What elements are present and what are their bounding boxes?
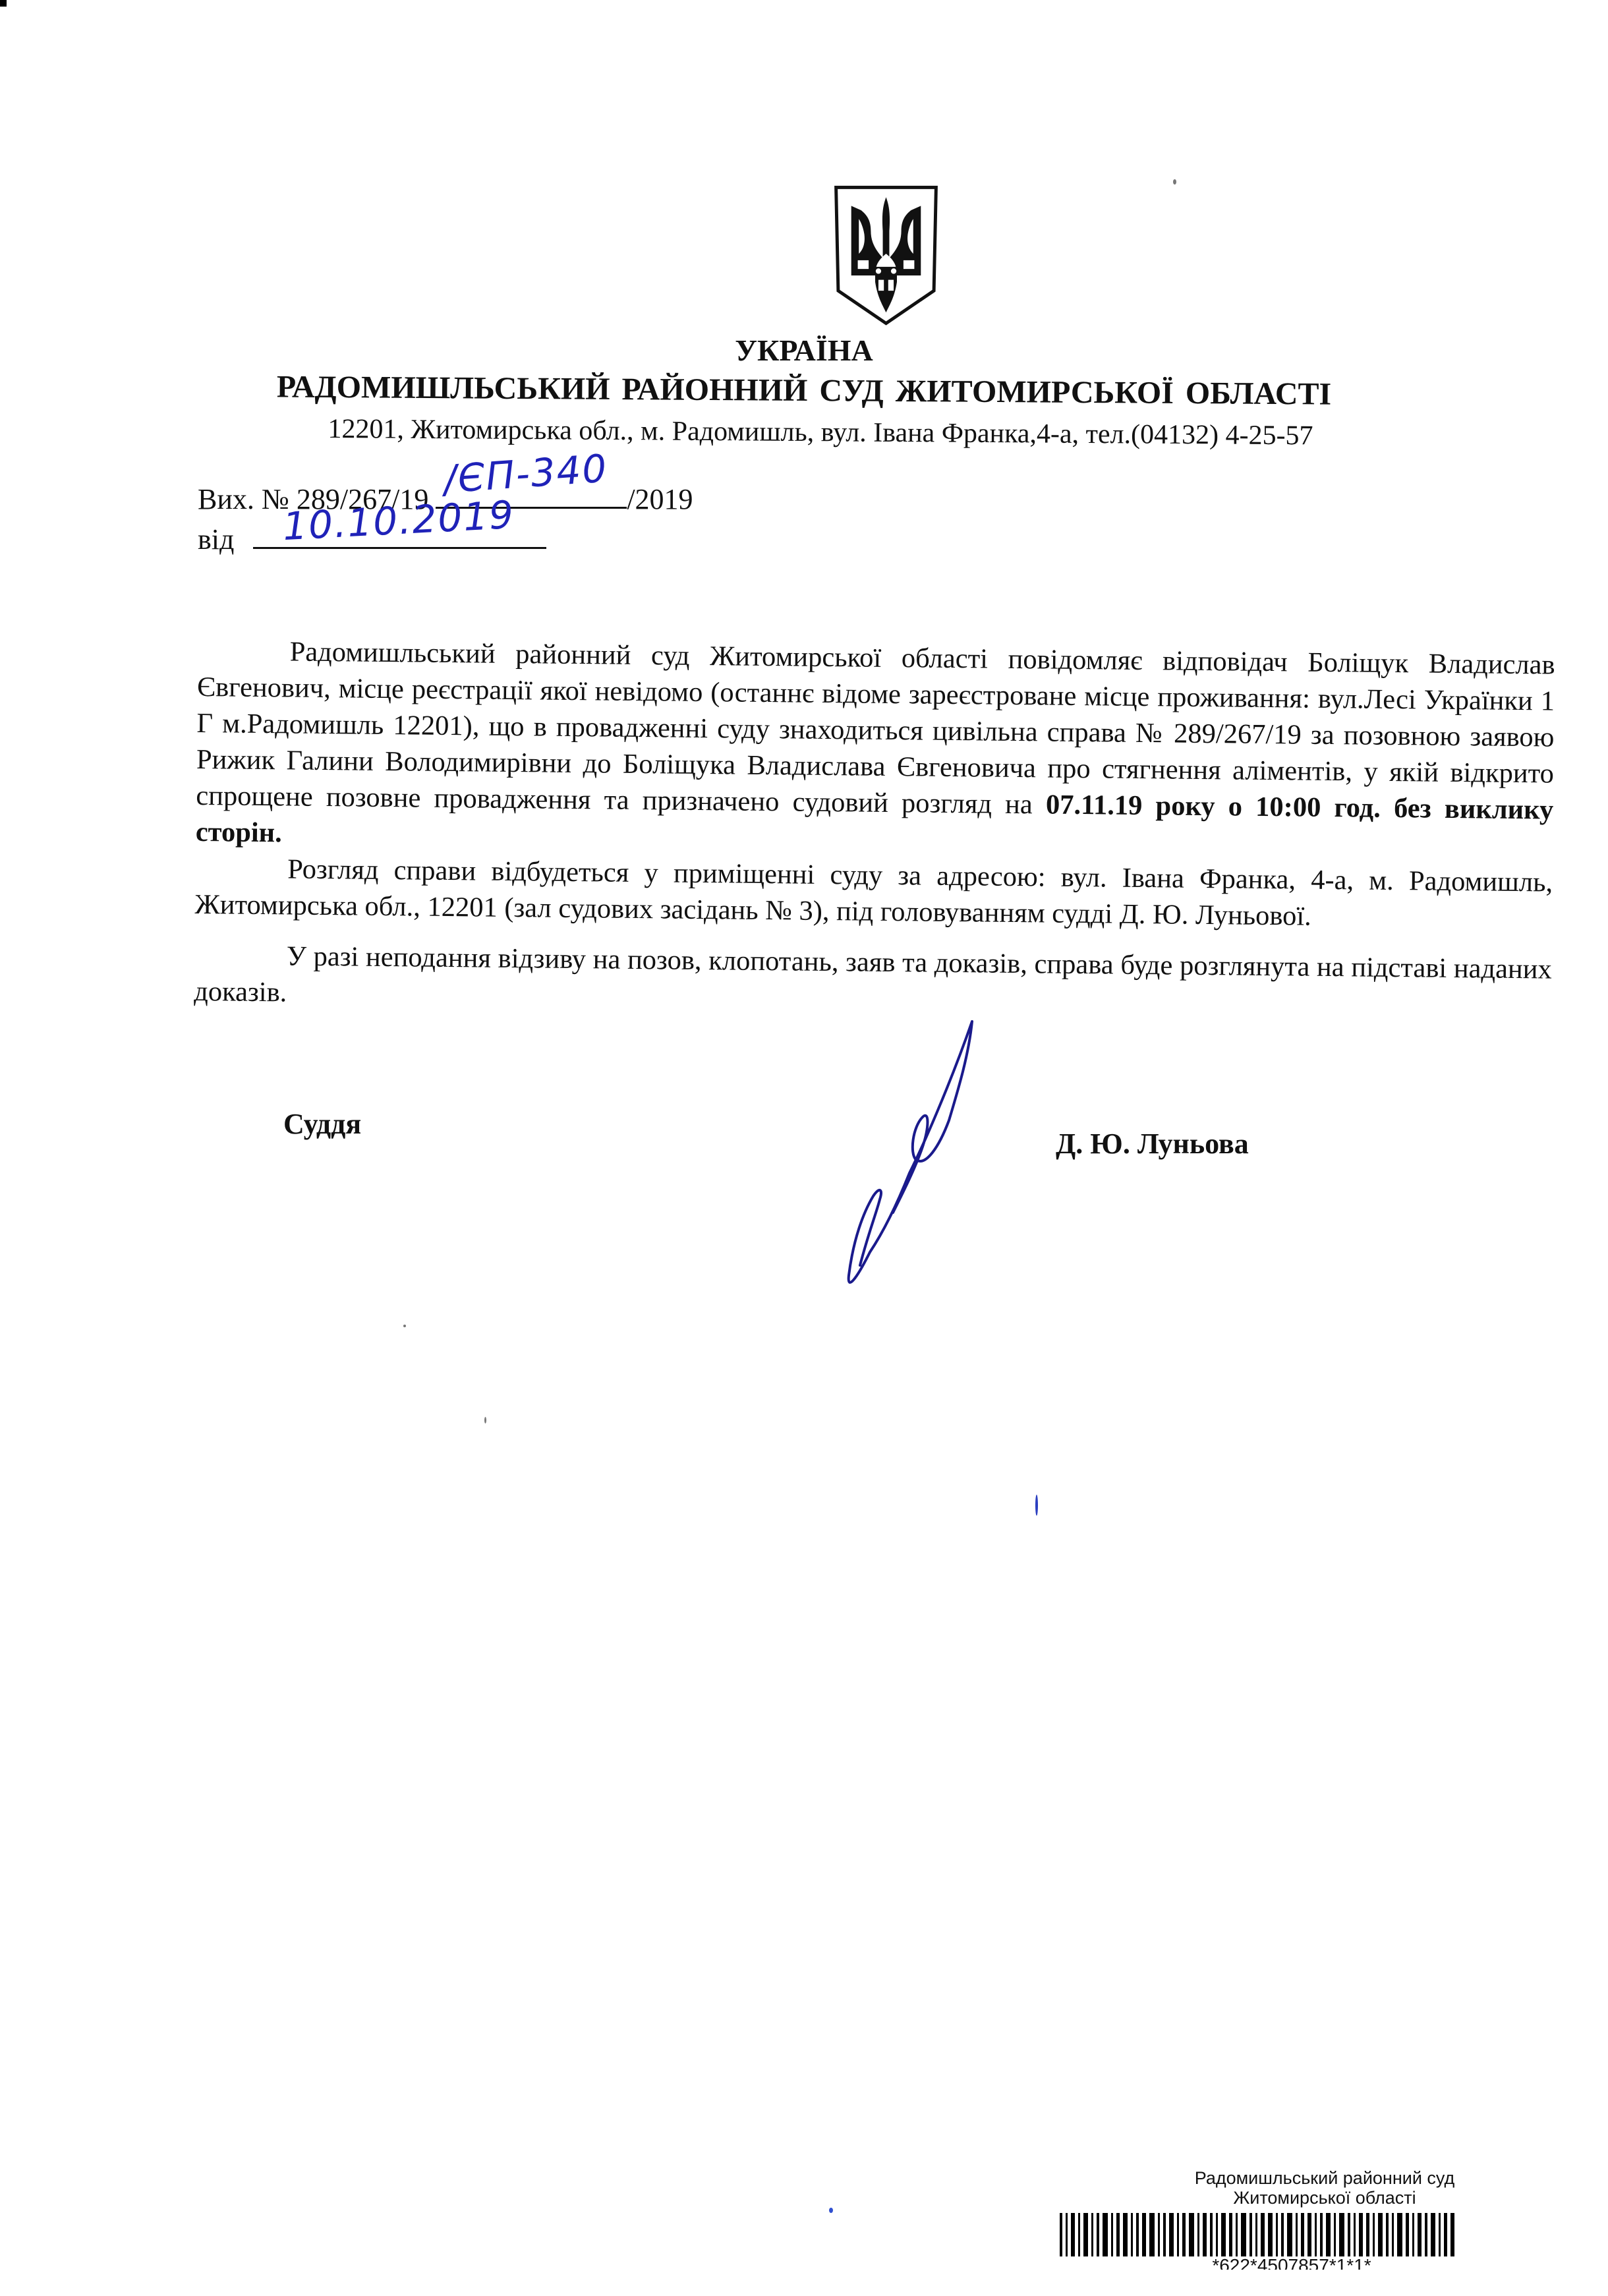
stamp-line-1: Радомишльський районний суд: [1081, 2168, 1568, 2188]
scan-speck: [1173, 179, 1176, 185]
judge-title: Суддя: [283, 1107, 361, 1141]
notice-body: Радомишльський районний суд Житомирської…: [194, 633, 1555, 1024]
scan-corner-mark: [0, 0, 7, 7]
handwritten-number: /ЄП-340: [442, 445, 609, 502]
outgoing-date-line: від 10.10.2019: [198, 518, 546, 556]
scan-speck: [484, 1417, 486, 1423]
scan-speck: [1035, 1495, 1038, 1516]
handwritten-signature-icon: [817, 1015, 1041, 1292]
country-heading: УКРАЇНА: [0, 333, 1608, 368]
barcode-icon: [1060, 2210, 1568, 2256]
coat-of-arms-icon: [832, 181, 940, 330]
notice-paragraph-2: Розгляд справи відбудеться у приміщенні …: [194, 850, 1553, 937]
barcode-number: *622*4507857*1*1*: [1015, 2255, 1568, 2270]
outgoing-year-suffix: /2019: [627, 483, 693, 515]
registry-stamp: Радомишльський районний суд Житомирської…: [1054, 2168, 1568, 2270]
date-field: 10.10.2019: [253, 518, 546, 549]
court-address: 12201, Житомирська обл., м. Радомишль, в…: [0, 411, 1608, 453]
stamp-line-2: Житомирської області: [1081, 2188, 1568, 2208]
notice-paragraph-1: Радомишльський районний суд Житомирської…: [196, 633, 1555, 865]
scan-speck: [829, 2208, 833, 2213]
court-name-heading: РАДОМИШЛЬСЬКИЙ РАЙОННИЙ СУД ЖИТОМИРСЬКОЇ…: [0, 366, 1608, 414]
scan-speck: [403, 1325, 406, 1327]
notice-paragraph-3: У разі неподання відзиву на позов, клопо…: [194, 937, 1552, 1024]
judge-name: Д. Ю. Луньова: [1056, 1127, 1249, 1161]
date-label: від: [198, 523, 234, 556]
